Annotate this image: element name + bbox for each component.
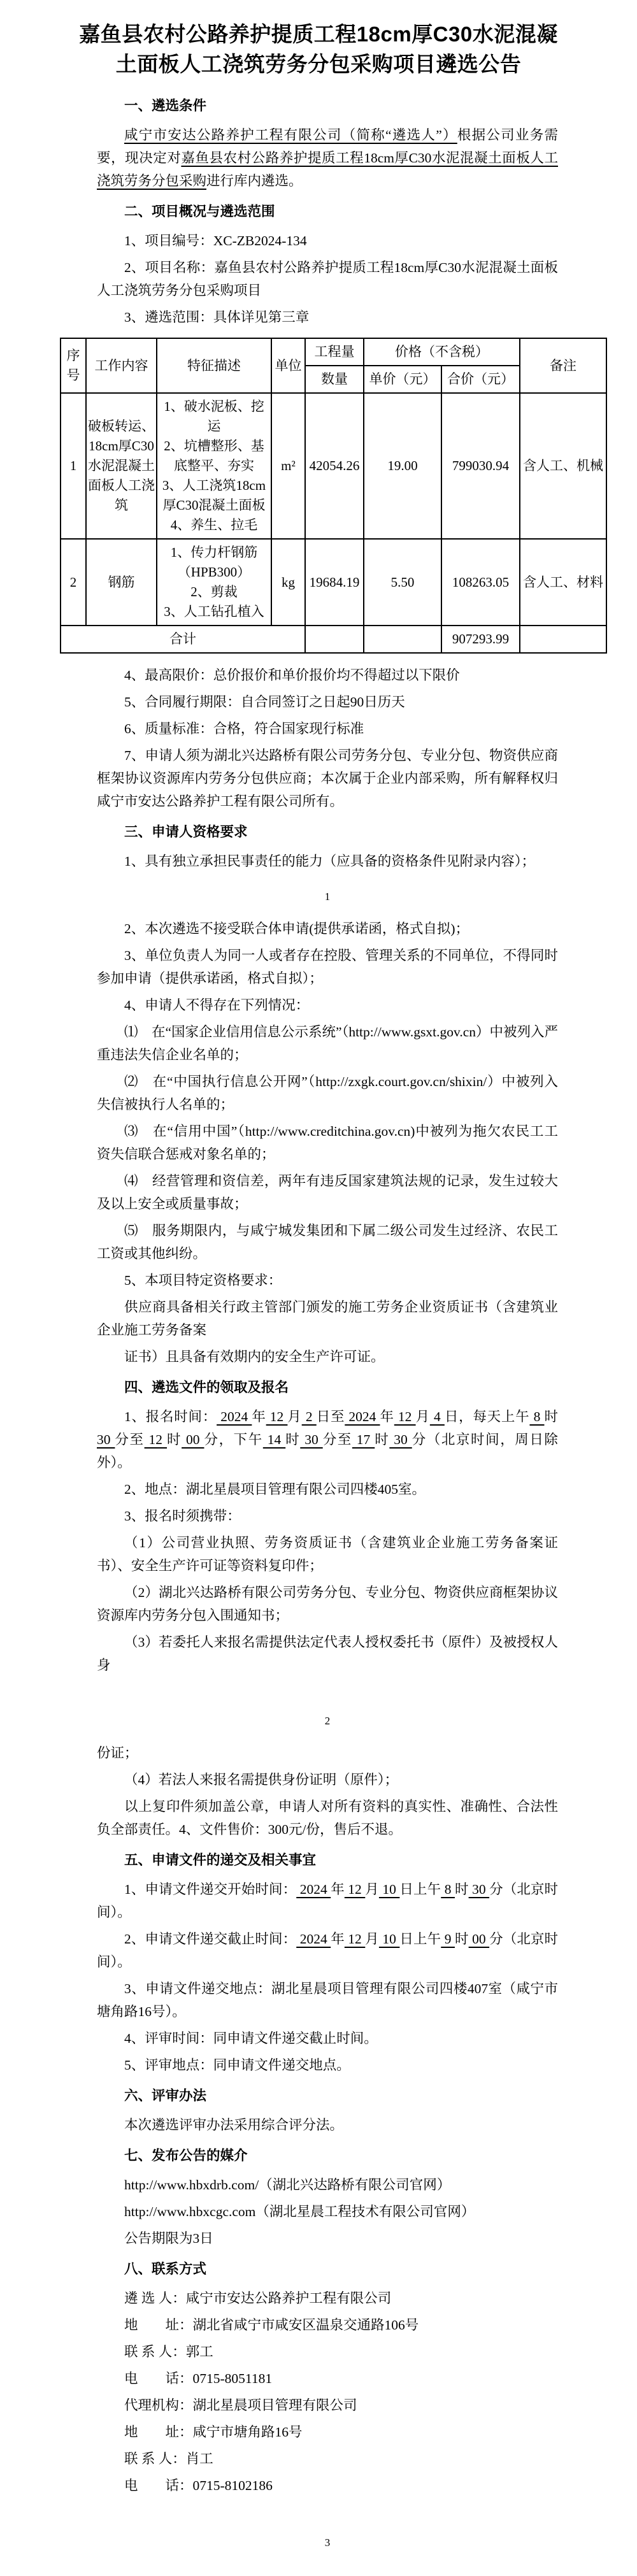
cell-index: 1: [61, 393, 86, 539]
cell-unit-price: 5.50: [364, 539, 441, 626]
paragraph: 代理机构：湖北星晨项目管理有限公司: [97, 2394, 558, 2417]
text-run: 日上午: [399, 1882, 441, 1897]
section-heading: 一、遴选条件: [97, 94, 558, 117]
text-run: 7、申请人须为湖北兴达路桥有限公司劳务分包、专业分包、物资供应商框架协议资源库内…: [97, 748, 558, 809]
col-header-price-group: 价格（不含税）: [364, 338, 520, 366]
text-run: 1、项目编号：XC-ZB2024-134: [124, 233, 307, 248]
text-run: http://www.hbxcgc.com（湖北星晨工程技术有限公司官网）: [124, 2204, 475, 2219]
table-row: 1破板转运、18cm厚C30水泥混凝土面板人工浇筑1、破水泥板、挖运2、坑槽整形…: [61, 393, 606, 539]
cell-unit: m²: [271, 393, 305, 539]
cell-remarks: 含人工、机械: [520, 393, 606, 539]
cell-work-content: 破板转运、18cm厚C30水泥混凝土面板人工浇筑: [86, 393, 157, 539]
underlined-text: 8: [441, 1882, 455, 1897]
cell-total-price: 108263.05: [441, 539, 520, 626]
cell-total-label: 合计: [61, 626, 305, 653]
underlined-text: 12: [266, 1409, 288, 1424]
page-number: 2: [97, 1714, 558, 1729]
col-header-total-price: 合价（元）: [441, 366, 520, 393]
text-run: 2、申请文件递交截止时间：: [124, 1931, 296, 1947]
text-run: ⑵ 在“中国执行信息公开网”（http://zxgk.court.gov.cn/…: [97, 1074, 558, 1112]
text-run: 2、项目名称：嘉鱼县农村公路养护提质工程18cm厚C30水泥混凝土面板人工浇筑劳…: [97, 260, 558, 298]
text-run: 以上复印件须加盖公章，申请人对所有资料的真实性、准确性、合法性负全部责任。4、文…: [97, 1799, 558, 1837]
underlined-text: 10: [379, 1882, 399, 1897]
paragraph: 证书）且具备有效期内的安全生产许可证。: [97, 1345, 558, 1368]
underlined-text: 30: [97, 1432, 115, 1447]
text-run: ⑶ 在“信用中国”（http://www.creditchina.gov.cn)…: [97, 1124, 558, 1162]
paragraph: 遴 选 人：咸宁市安达公路养护工程有限公司: [97, 2287, 558, 2310]
underlined-text: 咸宁市安达公路养护工程有限公司（简称“遴选人”）: [124, 127, 457, 143]
text-run: 年: [380, 1409, 394, 1424]
text-run: 4、申请人不得存在下列情况：: [124, 998, 309, 1013]
section-heading: 二、项目概况与遴选范围: [97, 200, 558, 223]
paragraph: 4、最高限价：总价报价和单价报价均不得超过以下限价: [97, 664, 558, 687]
cell-quantity: 42054.26: [305, 393, 364, 539]
feature-line: 2、坑槽整形、基底整平、夯实: [159, 436, 269, 476]
cell-remarks: 含人工、材料: [520, 539, 606, 626]
cell-feature-description: 1、破水泥板、挖运2、坑槽整形、基底整平、夯实3、人工浇筑18cm厚C30混凝土…: [157, 393, 271, 539]
section-heading: 五、申请文件的递交及相关事宜: [97, 1849, 558, 1871]
text-run: 2、地点：湖北星晨项目管理有限公司四楼405室。: [124, 1482, 426, 1497]
paragraph: 2、地点：湖北星晨项目管理有限公司四楼405室。: [97, 1478, 558, 1501]
text-run: 5、评审地点：同申请文件递交地点。: [124, 2057, 350, 2073]
text-run: 时: [455, 1882, 469, 1897]
text-run: （3）若委托人来报名需提供法定代表人授权委托书（原件）及被授权人身: [97, 1635, 558, 1673]
underlined-text: 12: [345, 1882, 365, 1897]
paragraph: 以上复印件须加盖公章，申请人对所有资料的真实性、准确性、合法性负全部责任。4、文…: [97, 1795, 558, 1841]
page-number: 1: [97, 889, 558, 905]
cell-quantity: 19684.19: [305, 539, 364, 626]
page-number: 3: [97, 2535, 558, 2551]
paragraph: 本次遴选评审办法采用综合评分法。: [97, 2114, 558, 2136]
document-page: 嘉鱼县农村公路养护提质工程18cm厚C30水泥混凝土面板人工浇筑劳务分包采购项目…: [0, 0, 637, 2576]
feature-line: 4、养生、拉毛: [159, 515, 269, 535]
text-run: 2、本次遴选不接受联合体申请(提供承诺函，格式自拟)；: [124, 921, 469, 936]
text-run: ⑷ 经营管理和资信差，两年有违反国家建筑法规的记录，发生过较大及以上安全或质量事…: [97, 1173, 558, 1212]
col-header-work-content: 工作内容: [86, 338, 157, 393]
paragraph: http://www.hbxcgc.com（湖北星晨工程技术有限公司官网）: [97, 2200, 558, 2223]
text-run: 日上午: [399, 1931, 441, 1947]
text-run: 月: [365, 1931, 379, 1947]
paragraph: ⑴ 在“国家企业信用信息公示系统”（http://www.gsxt.gov.cn…: [97, 1020, 558, 1066]
text-run: 时: [167, 1432, 182, 1447]
feature-line: 3、人工钻孔植入: [159, 602, 269, 622]
text-run: ⑴ 在“国家企业信用信息公示系统”（http://www.gsxt.gov.cn…: [97, 1024, 558, 1063]
underlined-text: 30: [469, 1882, 489, 1897]
text-run: 3、单位负责人为同一人或者存在控股、管理关系的不同单位，不得同时参加申请（提供承…: [97, 948, 558, 986]
text-run: 4、最高限价：总价报价和单价报价均不得超过以下限价: [124, 668, 460, 683]
text-run: 电 话：0715-8102186: [124, 2478, 273, 2493]
paragraph: ⑶ 在“信用中国”（http://www.creditchina.gov.cn)…: [97, 1120, 558, 1166]
col-header-feature-description: 特征描述: [157, 338, 271, 393]
paragraph: 电 话：0715-8102186: [97, 2474, 558, 2497]
paragraph: 公告期限为3日: [97, 2227, 558, 2250]
cell-unit: kg: [271, 539, 305, 626]
col-header-quantity-group: 工程量: [305, 338, 364, 366]
document-body: 一、遴选条件咸宁市安达公路养护工程有限公司（简称“遴选人”）根据公司业务需要，现…: [0, 94, 637, 2551]
underlined-text: 00: [182, 1432, 204, 1447]
section-heading: 三、申请人资格要求: [97, 820, 558, 843]
paragraph: 地 址：湖北省咸宁市咸安区温泉交通路106号: [97, 2314, 558, 2336]
text-run: 分至: [323, 1432, 352, 1447]
paragraph: 联 系 人：肖工: [97, 2447, 558, 2470]
text-run: 月: [287, 1409, 301, 1424]
underlined-text: 30: [389, 1432, 412, 1447]
underlined-text: 17: [352, 1432, 375, 1447]
underlined-text: 4: [430, 1409, 445, 1424]
text-run: 5、合同履行期限：自合同签订之日起90日历天: [124, 694, 405, 710]
text-run: 电 话：0715-8051181: [124, 2371, 272, 2386]
feature-line: 3、人工浇筑18cm厚C30混凝土面板: [159, 476, 269, 515]
feature-line: 1、破水泥板、挖运: [159, 397, 269, 436]
col-header-unit-price: 单价（元）: [364, 366, 441, 393]
text-run: 份证；: [97, 1745, 138, 1761]
paragraph: 电 话：0715-8051181: [97, 2367, 558, 2390]
paragraph: 3、遴选范围：具体详见第三章: [97, 306, 558, 329]
table-row: 2钢筋1、传力杆钢筋（HPB300）2、剪裁3、人工钻孔植入kg19684.19…: [61, 539, 606, 626]
text-run: （1）公司营业执照、劳务资质证书（含建筑业企业施工劳务备案证书）、安全生产许可证…: [97, 1535, 558, 1573]
text-run: 日至: [317, 1409, 345, 1424]
cell-work-content: 钢筋: [86, 539, 157, 626]
section-heading: 八、联系方式: [97, 2258, 558, 2280]
paragraph: 5、合同履行期限：自合同签订之日起90日历天: [97, 691, 558, 713]
paragraph: 供应商具备相关行政主管部门颁发的施工劳务企业资质证书（含建筑业企业施工劳务备案: [97, 1296, 558, 1342]
paragraph: 份证；: [97, 1742, 558, 1764]
text-run: ⑸ 服务期限内，与咸宁城发集团和下属二级公司发生过经济、农民工工资或其他纠纷。: [97, 1223, 558, 1261]
text-run: 1、申请文件递交开始时间：: [124, 1882, 296, 1897]
text-run: 年: [331, 1882, 345, 1897]
table-total-row: 合计907293.99: [61, 626, 606, 653]
paragraph: （3）若委托人来报名需提供法定代表人授权委托书（原件）及被授权人身: [97, 1631, 558, 1677]
text-run: 进行库内遴选。: [206, 173, 303, 189]
paragraph: 3、报名时须携带：: [97, 1505, 558, 1528]
paragraph: 地 址：咸宁市塘角路16号: [97, 2421, 558, 2444]
text-run: 本次遴选评审办法采用综合评分法。: [124, 2117, 343, 2133]
cell-total-remarks: [520, 626, 606, 653]
col-header-remarks: 备注: [520, 338, 606, 393]
underlined-text: 12: [394, 1409, 416, 1424]
table-header: 序号工作内容特征描述单位工程量价格（不含税）备注数量单价（元）合价（元）: [61, 338, 606, 393]
cell-total-price-sum: 907293.99: [441, 626, 520, 653]
text-run: 1、具有独立承担民事责任的能力（应具备的资格条件见附录内容）；: [124, 854, 535, 869]
cell-total-quantity: [305, 626, 364, 653]
text-run: 月: [416, 1409, 430, 1424]
underlined-text: 12: [345, 1931, 365, 1947]
paragraph: 3、单位负责人为同一人或者存在控股、管理关系的不同单位，不得同时参加申请（提供承…: [97, 944, 558, 990]
text-run: 时: [544, 1409, 558, 1424]
paragraph: 咸宁市安达公路养护工程有限公司（简称“遴选人”）根据公司业务需要，现决定对嘉鱼县…: [97, 124, 558, 192]
paragraph: 4、申请人不得存在下列情况：: [97, 994, 558, 1017]
underlined-text: 14: [263, 1432, 285, 1447]
text-run: 证书）且具备有效期内的安全生产许可证。: [124, 1349, 385, 1364]
paragraph: 7、申请人须为湖北兴达路桥有限公司劳务分包、专业分包、物资供应商框架协议资源库内…: [97, 744, 558, 813]
underlined-text: 30: [300, 1432, 322, 1447]
underlined-text: 2024: [345, 1409, 380, 1424]
document-title: 嘉鱼县农村公路养护提质工程18cm厚C30水泥混凝土面板人工浇筑劳务分包采购项目…: [72, 19, 566, 79]
text-run: 遴 选 人：咸宁市安达公路养护工程有限公司: [124, 2291, 391, 2306]
text-run: 供应商具备相关行政主管部门颁发的施工劳务企业资质证书（含建筑业企业施工劳务备案: [97, 1299, 558, 1338]
feature-line: 2、剪裁: [159, 582, 269, 602]
paragraph: 联 系 人：郭工: [97, 2340, 558, 2363]
paragraph: 3、申请文件递交地点：湖北星晨项目管理有限公司四楼407室（咸宁市塘角路16号）…: [97, 1977, 558, 2023]
paragraph: 1、申请文件递交开始时间： 2024 年 12 月 10 日上午 8 时 30 …: [97, 1878, 558, 1924]
cell-index: 2: [61, 539, 86, 626]
paragraph: 4、评审时间：同申请文件递交截止时间。: [97, 2027, 558, 2050]
section-heading: 七、发布公告的媒介: [97, 2144, 558, 2167]
text-run: 日，每天上午: [445, 1409, 530, 1424]
cell-total-price: 799030.94: [441, 393, 520, 539]
section-heading: 四、遴选文件的领取及报名: [97, 1376, 558, 1399]
col-header-index: 序号: [61, 338, 86, 393]
paragraph: ⑵ 在“中国执行信息公开网”（http://zxgk.court.gov.cn/…: [97, 1070, 558, 1116]
paragraph: 2、本次遴选不接受联合体申请(提供承诺函，格式自拟)；: [97, 917, 558, 940]
text-run: 时: [375, 1432, 389, 1447]
text-run: 4、评审时间：同申请文件递交截止时间。: [124, 2031, 378, 2046]
section-heading: 六、评审办法: [97, 2084, 558, 2107]
text-run: 地 址：湖北省咸宁市咸安区温泉交通路106号: [124, 2317, 419, 2333]
paragraph: 6、质量标准：合格，符合国家现行标准: [97, 717, 558, 740]
underlined-text: 2024: [217, 1409, 252, 1424]
feature-line: 1、传力杆钢筋（HPB300）: [159, 543, 269, 582]
table-body: 1破板转运、18cm厚C30水泥混凝土面板人工浇筑1、破水泥板、挖运2、坑槽整形…: [61, 393, 606, 653]
col-header-unit: 单位: [271, 338, 305, 393]
underlined-text: 9: [441, 1931, 455, 1947]
text-run: 年: [331, 1931, 345, 1947]
text-run: http://www.hbxdrb.com/（湖北兴达路桥有限公司官网）: [124, 2177, 450, 2193]
text-run: 时: [285, 1432, 300, 1447]
bill-of-quantities-table: 序号工作内容特征描述单位工程量价格（不含税）备注数量单价（元）合价（元）1破板转…: [60, 338, 607, 654]
table-header-row: 序号工作内容特征描述单位工程量价格（不含税）备注: [61, 338, 606, 366]
paragraph: 1、报名时间： 2024 年 12 月 2 日至 2024 年 12 月 4 日…: [97, 1405, 558, 1474]
paragraph: 1、具有独立承担民事责任的能力（应具备的资格条件见附录内容）；: [97, 850, 558, 873]
text-run: 3、报名时须携带：: [124, 1508, 241, 1524]
paragraph: （4）若法人来报名需提供身份证明（原件）；: [97, 1768, 558, 1791]
text-run: 代理机构：湖北星晨项目管理有限公司: [124, 2398, 357, 2413]
text-run: 时: [455, 1931, 469, 1947]
underlined-text: 2024: [296, 1931, 331, 1947]
paragraph: 2、项目名称：嘉鱼县农村公路养护提质工程18cm厚C30水泥混凝土面板人工浇筑劳…: [97, 256, 558, 302]
text-run: 月: [365, 1882, 379, 1897]
underlined-text: 2024: [296, 1882, 331, 1897]
paragraph: ⑷ 经营管理和资信差，两年有违反国家建筑法规的记录，发生过较大及以上安全或质量事…: [97, 1170, 558, 1215]
paragraph: 2、申请文件递交截止时间： 2024 年 12 月 10 日上午 9 时 00 …: [97, 1928, 558, 1973]
underlined-text: 2: [302, 1409, 317, 1424]
text-run: （2）湖北兴达路桥有限公司劳务分包、专业分包、物资供应商框架协议资源库内劳务分包…: [97, 1585, 558, 1623]
paragraph: 1、项目编号：XC-ZB2024-134: [97, 229, 558, 252]
paragraph: ⑸ 服务期限内，与咸宁城发集团和下属二级公司发生过经济、农民工工资或其他纠纷。: [97, 1219, 558, 1265]
col-header-quantity: 数量: [305, 366, 364, 393]
paragraph: （1）公司营业执照、劳务资质证书（含建筑业企业施工劳务备案证书）、安全生产许可证…: [97, 1531, 558, 1577]
text-run: 联 系 人：郭工: [124, 2344, 213, 2359]
paragraph: http://www.hbxdrb.com/（湖北兴达路桥有限公司官网）: [97, 2173, 558, 2196]
text-run: 分至: [115, 1432, 144, 1447]
paragraph: （2）湖北兴达路桥有限公司劳务分包、专业分包、物资供应商框架协议资源库内劳务分包…: [97, 1581, 558, 1627]
paragraph: 5、本项目特定资格要求：: [97, 1269, 558, 1292]
text-run: 公告期限为3日: [124, 2231, 213, 2246]
cell-feature-description: 1、传力杆钢筋（HPB300）2、剪裁3、人工钻孔植入: [157, 539, 271, 626]
text-run: 分，下午: [204, 1432, 263, 1447]
text-run: 3、遴选范围：具体详见第三章: [124, 310, 309, 325]
text-run: 6、质量标准：合格，符合国家现行标准: [124, 721, 364, 736]
underlined-text: 00: [469, 1931, 489, 1947]
underlined-text: 10: [379, 1931, 399, 1947]
underlined-text: 12: [145, 1432, 167, 1447]
text-run: 年: [252, 1409, 266, 1424]
cell-unit-price: 19.00: [364, 393, 441, 539]
underlined-text: 8: [529, 1409, 544, 1424]
text-run: 3、申请文件递交地点：湖北星晨项目管理有限公司四楼407室（咸宁市塘角路16号）…: [97, 1981, 558, 2019]
cell-total-unit-price: [364, 626, 441, 653]
text-run: 1、报名时间：: [124, 1409, 217, 1424]
text-run: （4）若法人来报名需提供身份证明（原件）；: [124, 1772, 398, 1787]
text-run: 5、本项目特定资格要求：: [124, 1273, 282, 1288]
text-run: 地 址：咸宁市塘角路16号: [124, 2424, 303, 2440]
text-run: 联 系 人：肖工: [124, 2451, 213, 2466]
paragraph: 5、评审地点：同申请文件递交地点。: [97, 2054, 558, 2077]
